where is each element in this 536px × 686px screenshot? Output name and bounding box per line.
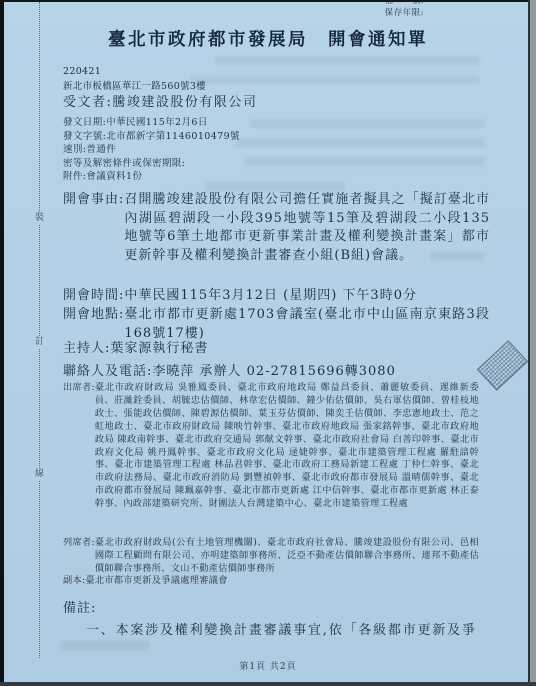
attendees-label: 出席者:: [63, 382, 95, 511]
field-meeting-time: 開會時間: 中華民國115年3月12日 (星期四) 下午3時0分: [63, 287, 490, 306]
meeting-time-value: 中華民國115年3月12日 (星期四) 下午3時0分: [124, 287, 490, 306]
binding-mark-xian: 線: [33, 468, 46, 480]
binding-mark-ding: 訂: [33, 336, 46, 348]
doc-number-value: 北市都新字第1146010479號: [106, 131, 240, 142]
contact-label: 聯絡人及電話:: [63, 363, 152, 382]
meeting-subject-label: 開會事由:: [63, 191, 124, 265]
binding-dotted-line: [39, 2, 40, 658]
bleed-through-text: [250, 119, 485, 128]
meeting-place-value: 臺北市都市更新處1703會議室(臺北市中山區南京東路3段168號17樓): [124, 306, 490, 343]
scan-edge-left: [0, 0, 4, 686]
meeting-notice-document: 裝 訂 線 檔 號: 保存年限: 臺北市政府都市發展局 開會通知單 220421…: [0, 0, 536, 686]
observers-block: 列席者: 臺北市政府財政局(公有土地管理機關)、臺北市政府社會局、騰竣建設股份有…: [63, 537, 479, 576]
meeting-time-label: 開會時間:: [63, 287, 124, 306]
field-meeting-place: 開會地點: 臺北市都市更新處1703會議室(臺北市中山區南京東路3段168號17…: [63, 306, 490, 343]
security-label: 密等及解密條件或保密期限:: [63, 158, 185, 169]
recipient-label: 受文者:: [63, 95, 112, 110]
meeting-subject-value: 召開騰竣建設股份有限公司擔任實施者擬具之「擬訂臺北市內湖區碧湖段一小段395地號…: [124, 191, 490, 265]
recipient-name: 騰竣建設股份有限公司: [112, 95, 257, 110]
cc-label: 副本:: [63, 575, 85, 588]
security-line: 密等及解密條件或保密期限:: [63, 157, 240, 171]
chairperson-label: 主持人:: [63, 340, 110, 359]
field-chairperson: 主持人: 葉家源執行秘書: [63, 340, 490, 359]
bleed-through-text: [60, 641, 150, 650]
priority-value: 普通件: [86, 144, 116, 155]
archive-labels: 檔 號: 保存年限:: [385, 0, 424, 19]
doc-number-label: 發文字號:: [63, 131, 106, 142]
page-number: 第1頁 共2頁: [0, 659, 536, 672]
binding-mark-zhuang: 裝: [33, 212, 46, 224]
meeting-place-label: 開會地點:: [63, 306, 124, 343]
retention-period-label: 保存年限:: [385, 8, 424, 20]
priority-line: 速別:普通件: [63, 143, 240, 157]
recipient-line: 受文者:騰竣建設股份有限公司: [63, 91, 257, 110]
field-meeting-subject: 開會事由: 召開騰竣建設股份有限公司擔任實施者擬具之「擬訂臺北市內湖區碧湖段一小…: [63, 191, 490, 265]
remarks-item-1: 一、本案涉及權利變換計畫審議事宜,依「各級都市更新及爭: [86, 619, 490, 638]
bleed-through-text: [245, 157, 485, 166]
remarks-label: 備註:: [63, 597, 96, 616]
cc-value: 臺北市都市更新及爭議處理審議會: [85, 575, 479, 588]
contact-value: 李曉萍 承辦人 02-27815696轉3080: [152, 363, 490, 382]
priority-label: 速別:: [63, 144, 86, 155]
bleed-through-text: [190, 75, 480, 84]
scan-edge-bottom: [0, 682, 536, 686]
issue-date-value: 中華民國115年2月6日: [106, 117, 208, 128]
recipient-postal-code: 220421: [63, 66, 101, 77]
chairperson-value: 葉家源執行秘書: [110, 340, 490, 359]
observers-label: 列席者:: [63, 537, 95, 576]
attendees-block: 出席者: 臺北市政府財政局 吳雅鳳委員、臺北市政府地政局 鄭益昌委員、蕭麗敏委員…: [63, 382, 479, 511]
doc-number-line: 發文字號:北市都新字第1146010479號: [63, 130, 240, 144]
attendees-list: 臺北市政府財政局 吳雅鳳委員、臺北市政府地政局 鄭益昌委員、蕭麗敏委員、遲維新委…: [95, 382, 479, 511]
issue-date-line: 發文日期:中華民國115年2月6日: [63, 116, 240, 130]
issue-date-label: 發文日期:: [63, 117, 106, 128]
document-meta: 發文日期:中華民國115年2月6日 發文字號:北市都新字第1146010479號…: [63, 116, 240, 184]
scan-edge-right: [530, 0, 536, 686]
cc-block: 副本: 臺北市都市更新及爭議處理審議會: [63, 575, 479, 588]
attachment-label: 附件:: [63, 171, 86, 182]
observers-list: 臺北市政府財政局(公有土地管理機關)、臺北市政府社會局、騰竣建設股份有限公司、邑…: [95, 537, 479, 576]
scan-edge-top: [0, 0, 536, 2]
attachment-line: 附件:會議資料1份: [63, 170, 240, 184]
attachment-value: 會議資料1份: [86, 171, 142, 182]
recipient-address: 新北市板橋區華江一路560號3樓: [63, 78, 206, 92]
document-title: 臺北市政府都市發展局 開會通知單: [0, 26, 536, 51]
field-contact: 聯絡人及電話: 李曉萍 承辦人 02-27815696轉3080: [63, 363, 490, 382]
bleed-through-text: [215, 56, 480, 65]
bleed-through-text: [235, 138, 485, 147]
